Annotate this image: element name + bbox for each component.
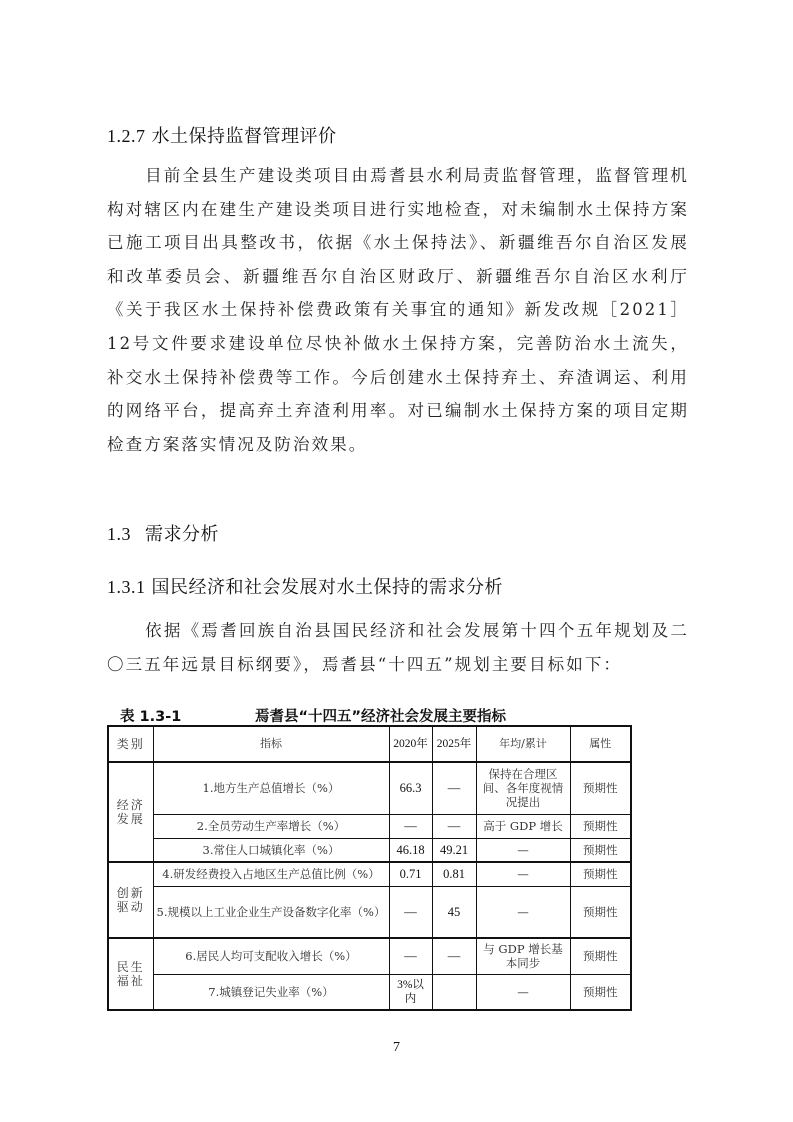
header-attr: 属性 [570, 726, 631, 762]
header-2025: 2025年 [432, 726, 476, 762]
value-2020: — [389, 938, 432, 974]
avg-cell: 高于 GDP 增长 [476, 814, 570, 838]
value-2025: 45 [432, 886, 476, 938]
heading-number: 1.2.7 [107, 126, 146, 146]
table-row: 经济发展 1.地方生产总值增长（%） 66.3 — 保持在合理区间、各年度视情况… [108, 762, 631, 814]
table-row: 7.城镇登记失业率（%） 3%以内 — 预期性 [108, 974, 631, 1010]
avg-cell: — [476, 974, 570, 1010]
heading-number: 1.3 [107, 524, 131, 544]
avg-cell: — [476, 838, 570, 862]
indicator-cell: 6.居民人均可支配收入增长（%） [153, 938, 389, 974]
indicator-cell: 5.规模以上工业企业生产设备数字化率（%） [153, 886, 389, 938]
value-2025: — [432, 938, 476, 974]
value-2020: 0.71 [389, 862, 432, 886]
indicator-cell: 2.全员劳动生产率增长（%） [153, 814, 389, 838]
avg-cell: 保持在合理区间、各年度视情况提出 [476, 762, 570, 814]
header-avg: 年均/累计 [476, 726, 570, 762]
category-cell: 创新驱动 [108, 862, 153, 938]
table-label: 表 1.3-1 [120, 709, 181, 725]
attr-cell: 预期性 [570, 886, 631, 938]
header-indicator: 指标 [153, 726, 389, 762]
value-2025: — [432, 762, 476, 814]
value-2020: — [389, 814, 432, 838]
header-2020: 2020年 [389, 726, 432, 762]
table-row: 民生福祉 6.居民人均可支配收入增长（%） — — 与 GDP 增长基本同步 预… [108, 938, 631, 974]
paragraph-demand: 依据《焉耆回族自治县国民经济和社会发展第十四个五年规划及二〇三五年远景目标纲要》… [107, 614, 689, 681]
category-cell: 经济发展 [108, 762, 153, 862]
value-2020: 46.18 [389, 838, 432, 862]
avg-cell: — [476, 862, 570, 886]
heading-title: 需求分析 [145, 524, 219, 545]
indicator-cell: 7.城镇登记失业率（%） [153, 974, 389, 1010]
value-2025 [432, 974, 476, 1010]
table-row: 创新驱动 4.研发经费投入占地区生产总值比例（%） 0.71 0.81 — 预期… [108, 862, 631, 886]
table-caption: 表 1.3-1 焉耆县“十四五”经济社会发展主要指标 [120, 705, 181, 726]
paragraph-text: 目前全县生产建设类项目由焉耆县水利局责监督管理，监督管理机构对辖区内在建生产建设… [107, 166, 689, 454]
heading-1-3: 1.3需求分析 [107, 520, 219, 546]
indicator-cell: 1.地方生产总值增长（%） [153, 762, 389, 814]
table-row: 5.规模以上工业企业生产设备数字化率（%） — 45 — 预期性 [108, 886, 631, 938]
heading-1-2-7: 1.2.7水土保持监督管理评价 [107, 122, 337, 148]
avg-cell: — [476, 886, 570, 938]
avg-cell: 与 GDP 增长基本同步 [476, 938, 570, 974]
attr-cell: 预期性 [570, 974, 631, 1010]
value-2020: — [389, 886, 432, 938]
attr-cell: 预期性 [570, 814, 631, 838]
heading-title: 国民经济和社会发展对水土保持的需求分析 [152, 577, 504, 598]
attr-cell: 预期性 [570, 938, 631, 974]
header-category: 类别 [108, 726, 153, 762]
value-2020: 3%以内 [389, 974, 432, 1010]
indicator-cell: 4.研发经费投入占地区生产总值比例（%） [153, 862, 389, 886]
heading-title: 水土保持监督管理评价 [152, 126, 337, 147]
value-2025: — [432, 814, 476, 838]
category-cell: 民生福祉 [108, 938, 153, 1010]
table-header-row: 类别 指标 2020年 2025年 年均/累计 属性 [108, 726, 631, 762]
value-2025: 49.21 [432, 838, 476, 862]
indicators-table: 类别 指标 2020年 2025年 年均/累计 属性 经济发展 1.地方生产总值… [107, 725, 632, 1011]
attr-cell: 预期性 [570, 862, 631, 886]
attr-cell: 预期性 [570, 838, 631, 862]
paragraph-text: 依据《焉耆回族自治县国民经济和社会发展第十四个五年规划及二〇三五年远景目标纲要》… [107, 621, 689, 674]
paragraph-supervision: 目前全县生产建设类项目由焉耆县水利局责监督管理，监督管理机构对辖区内在建生产建设… [107, 159, 689, 461]
attr-cell: 预期性 [570, 762, 631, 814]
page-number: 7 [0, 1040, 793, 1056]
heading-1-3-1: 1.3.1国民经济和社会发展对水土保持的需求分析 [107, 573, 503, 599]
value-2025: 0.81 [432, 862, 476, 886]
table-title: 焉耆县“十四五”经济社会发展主要指标 [255, 705, 506, 726]
table-row: 2.全员劳动生产率增长（%） — — 高于 GDP 增长 预期性 [108, 814, 631, 838]
table-row: 3.常住人口城镇化率（%） 46.18 49.21 — 预期性 [108, 838, 631, 862]
value-2020: 66.3 [389, 762, 432, 814]
indicator-cell: 3.常住人口城镇化率（%） [153, 838, 389, 862]
heading-number: 1.3.1 [107, 577, 146, 597]
